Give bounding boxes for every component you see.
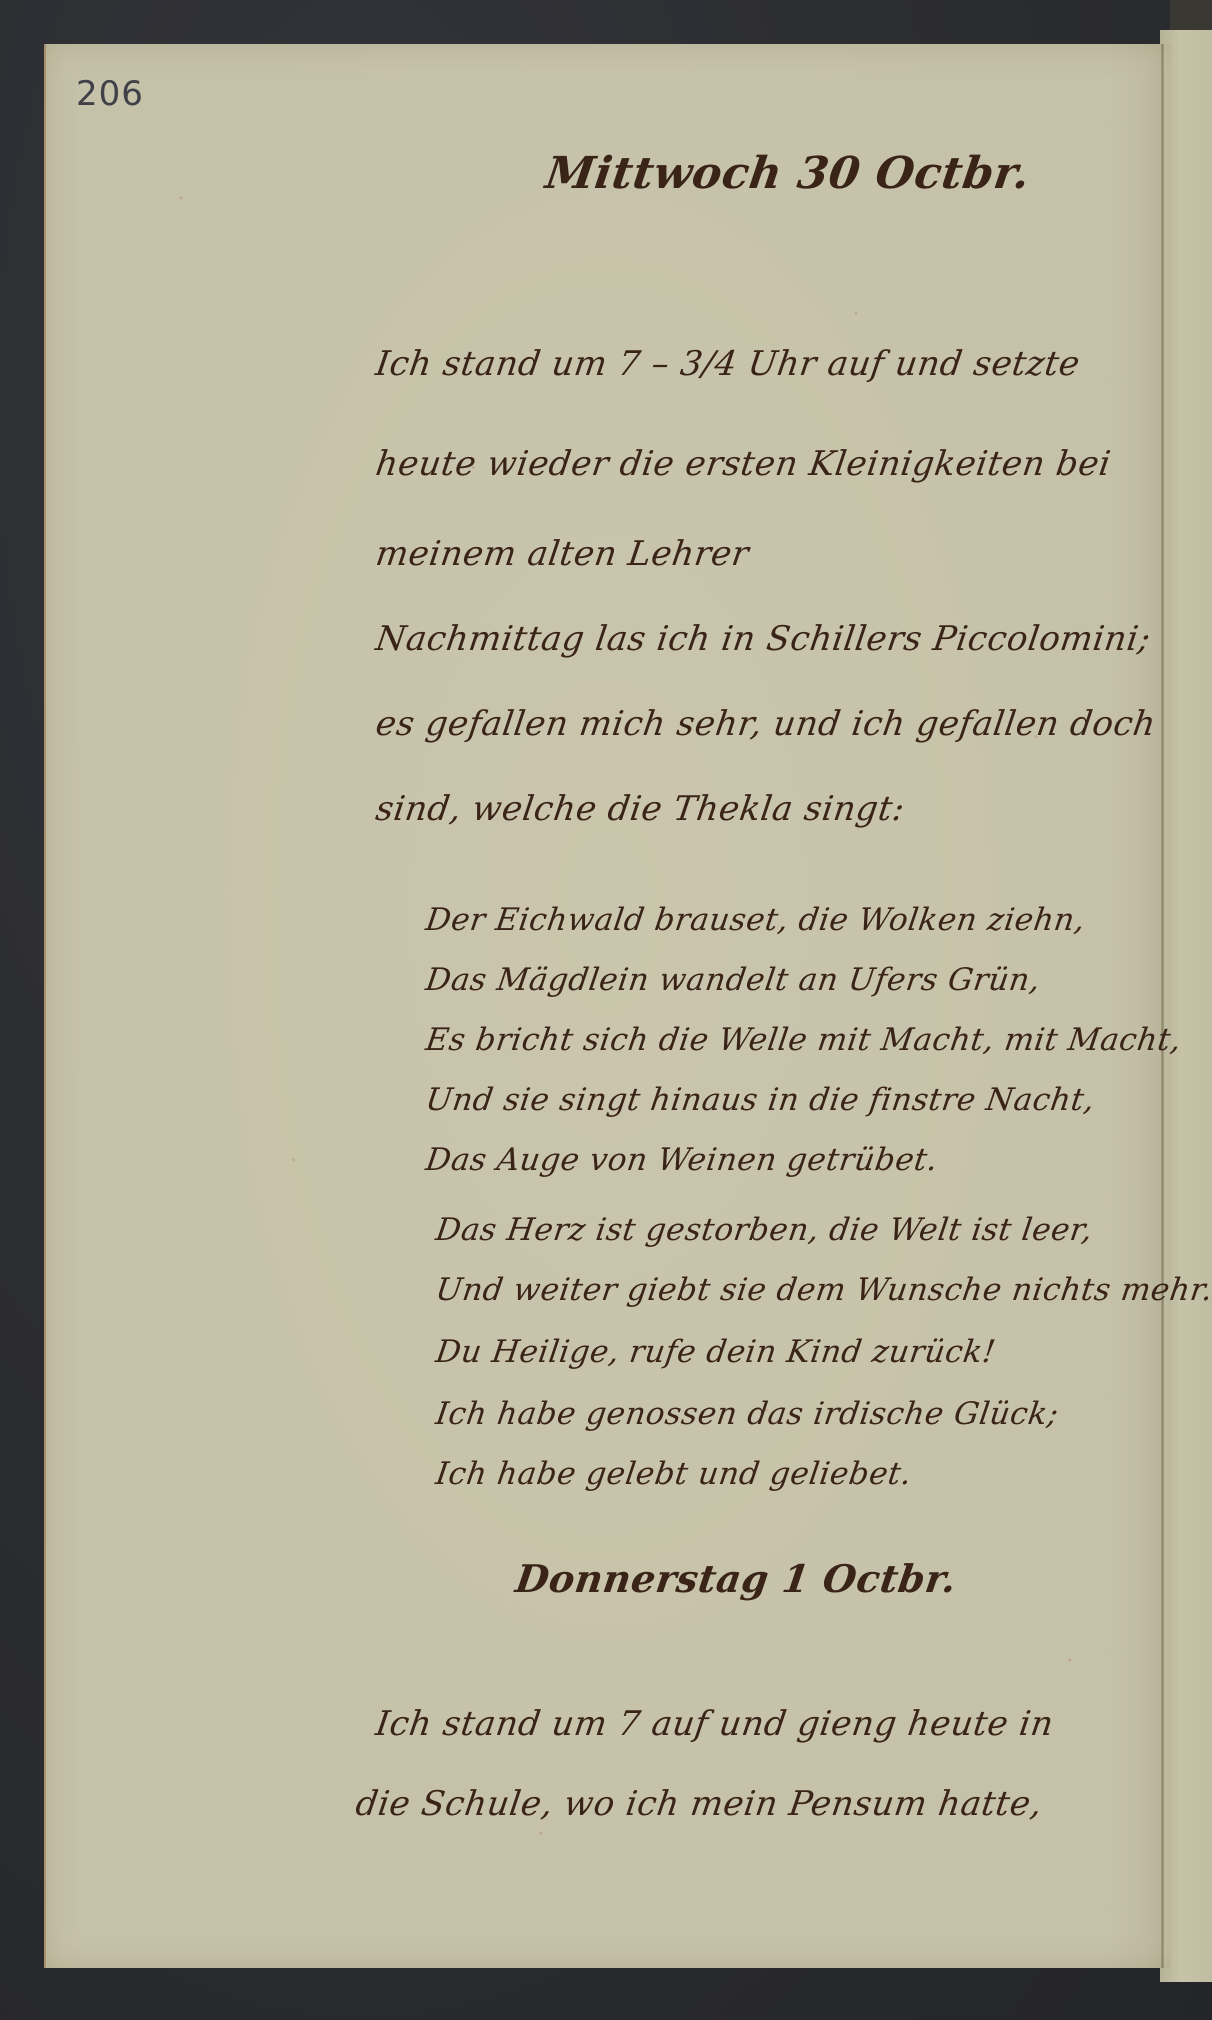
manuscript-page: 206 Mittwoch 30 Octbr. Ich stand um 7 – …	[44, 44, 1171, 1968]
entry-heading: Donnerstag 1 Octbr.	[513, 1556, 960, 1601]
poem-line: Und sie singt hinaus in die finstre Nach…	[423, 1082, 1097, 1118]
page-number: 206	[76, 74, 144, 114]
poem-line: Das Herz ist gestorben, die Welt ist lee…	[433, 1212, 1094, 1248]
prose-line: sind, welche die Thekla singt:	[373, 789, 907, 829]
poem-line: Du Heilige, rufe dein Kind zurück!	[433, 1334, 998, 1370]
poem-line: Es bricht sich die Welle mit Macht, mit …	[423, 1022, 1183, 1058]
prose-line: die Schule, wo ich mein Pensum hatte,	[353, 1784, 1045, 1824]
poem-line: Ich habe gelebt und geliebet.	[433, 1456, 914, 1492]
spine-shade	[1106, 44, 1164, 1968]
prose-line: Nachmittag las ich in Schillers Piccolom…	[373, 619, 1153, 659]
entry-heading: Mittwoch 30 Octbr.	[542, 148, 1033, 199]
binding-shadow	[1170, 0, 1212, 34]
prose-line: Ich stand um 7 auf und gieng heute in	[373, 1704, 1056, 1744]
page-fold-line	[1161, 44, 1164, 1968]
prose-line: Ich stand um 7 – 3/4 Uhr auf und setzte	[373, 344, 1082, 384]
prose-line: meinem alten Lehrer	[373, 534, 751, 574]
poem-line: Ich habe genossen das irdische Glück;	[433, 1396, 1061, 1432]
poem-line: Der Eichwald brauset, die Wolken ziehn,	[423, 902, 1087, 938]
poem-line: Das Auge von Weinen getrübet.	[423, 1142, 940, 1178]
prose-line: heute wieder die ersten Kleinigkeiten be…	[373, 444, 1113, 484]
poem-line: Das Mägdlein wandelt an Ufers Grün,	[423, 962, 1042, 998]
prose-line: es gefallen mich sehr, und ich gefallen …	[373, 704, 1158, 744]
poem-line: Und weiter giebt sie dem Wunsche nichts …	[433, 1272, 1212, 1308]
